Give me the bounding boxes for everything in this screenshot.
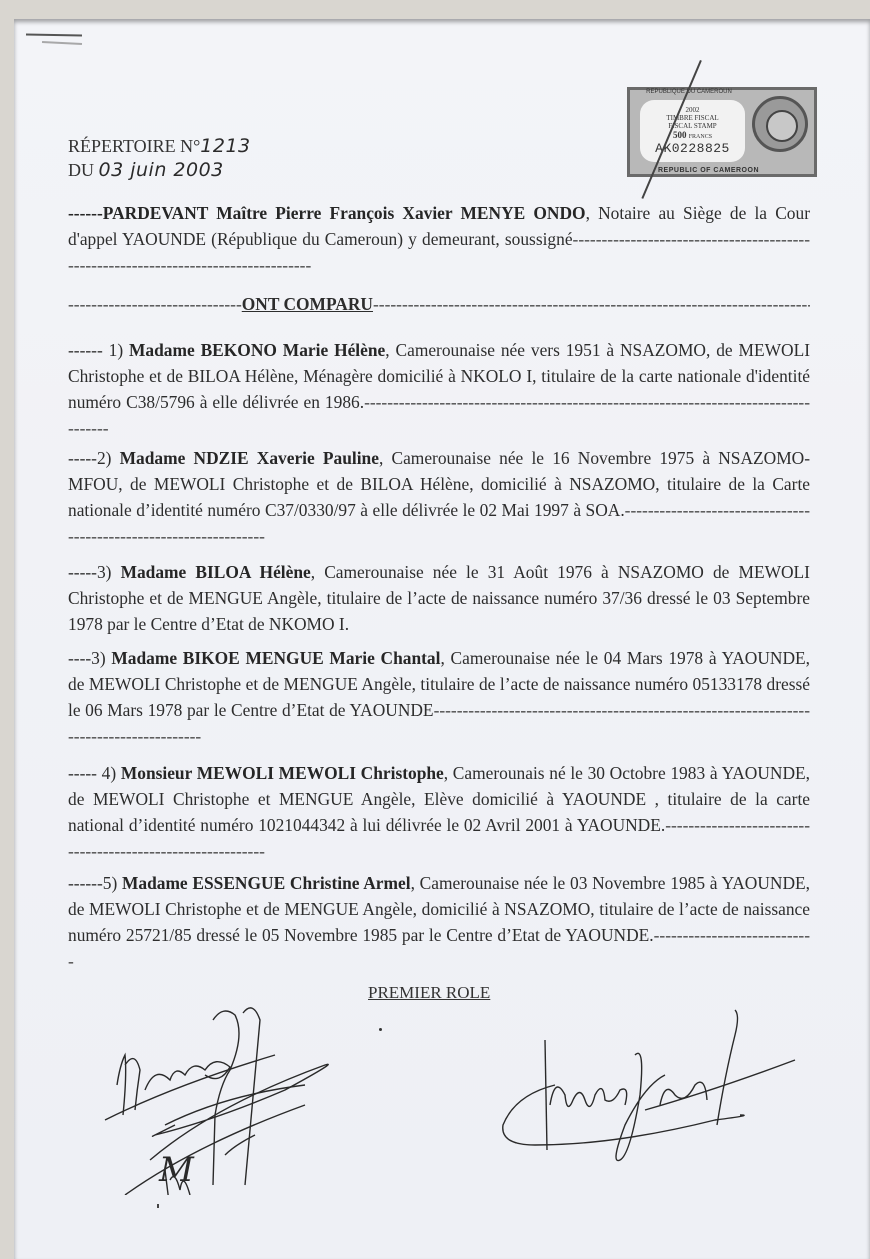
party-name: Madame BILOA Hélène [121, 562, 311, 582]
stamp-country-top: REPUBLIQUE DU CAMEROUN [634, 89, 744, 95]
premier-role-label: PREMIER ROLE [368, 983, 490, 1003]
party-name: Monsieur MEWOLI MEWOLI Christophe [121, 763, 444, 783]
signature-left-icon [95, 995, 355, 1195]
signature-right-icon [495, 1005, 815, 1175]
party-name: Madame BEKONO Marie Hélène [129, 340, 385, 360]
party-name: Madame BIKOE MENGUE Marie Chantal [111, 648, 440, 668]
stamp-year: 2002 [640, 106, 745, 114]
repertoire-header: RÉPERTOIRE N°1213 DU 03 juin 2003 [68, 134, 251, 182]
party-5: ----- 4) Monsieur MEWOLI MEWOLI Christop… [68, 760, 810, 864]
party-name: Madame ESSENGUE Christine Armel [122, 873, 411, 893]
date-handwritten: 03 juin 2003 [99, 159, 224, 181]
stamp-line-1: TIMBRE FISCAL [640, 114, 745, 122]
repertoire-label: RÉPERTOIRE N° [68, 136, 200, 156]
pen-mark [26, 34, 82, 37]
party-name: Madame NDZIE Xaverie Pauline [120, 448, 379, 468]
stamp-serial: AK0228825 [640, 141, 745, 156]
preamble-paragraph: ------PARDEVANT Maître Pierre François X… [68, 200, 810, 278]
stamp-line-2: FISCAL STAMP [640, 122, 745, 130]
party-6: ------5) Madame ESSENGUE Christine Armel… [68, 870, 810, 974]
date-prefix: DU [68, 160, 94, 180]
party-1: ------ 1) Madame BEKONO Marie Hélène, Ca… [68, 337, 810, 441]
section-title-line: ------------------------------ONT COMPAR… [68, 291, 810, 317]
preamble-lead: ------ [68, 203, 103, 223]
signature-initials: M [159, 1150, 194, 1190]
party-4: ----3) Madame BIKOE MENGUE Marie Chantal… [68, 645, 810, 749]
pen-mark [42, 41, 82, 45]
ink-speck [157, 1204, 159, 1208]
scanned-document: RÉPERTOIRE N°1213 DU 03 juin 2003 REPUBL… [0, 0, 870, 1259]
ink-speck [379, 1028, 382, 1031]
notary-name: PARDEVANT Maître Pierre François Xavier … [103, 203, 586, 223]
stamp-country-bottom: REPUBLIC OF CAMEROON [658, 167, 759, 174]
coat-of-arms-icon [752, 96, 808, 152]
repertoire-number: 1213 [200, 135, 250, 157]
section-title: ONT COMPARU [242, 294, 373, 314]
party-3: -----3) Madame BILOA Hélène, Camerounais… [68, 559, 810, 637]
party-2: -----2) Madame NDZIE Xaverie Pauline, Ca… [68, 445, 810, 549]
stamp-amount: 500 FRANCS [640, 130, 745, 140]
stamp-value-panel: 2002 TIMBRE FISCAL FISCAL STAMP 500 FRAN… [640, 100, 745, 162]
